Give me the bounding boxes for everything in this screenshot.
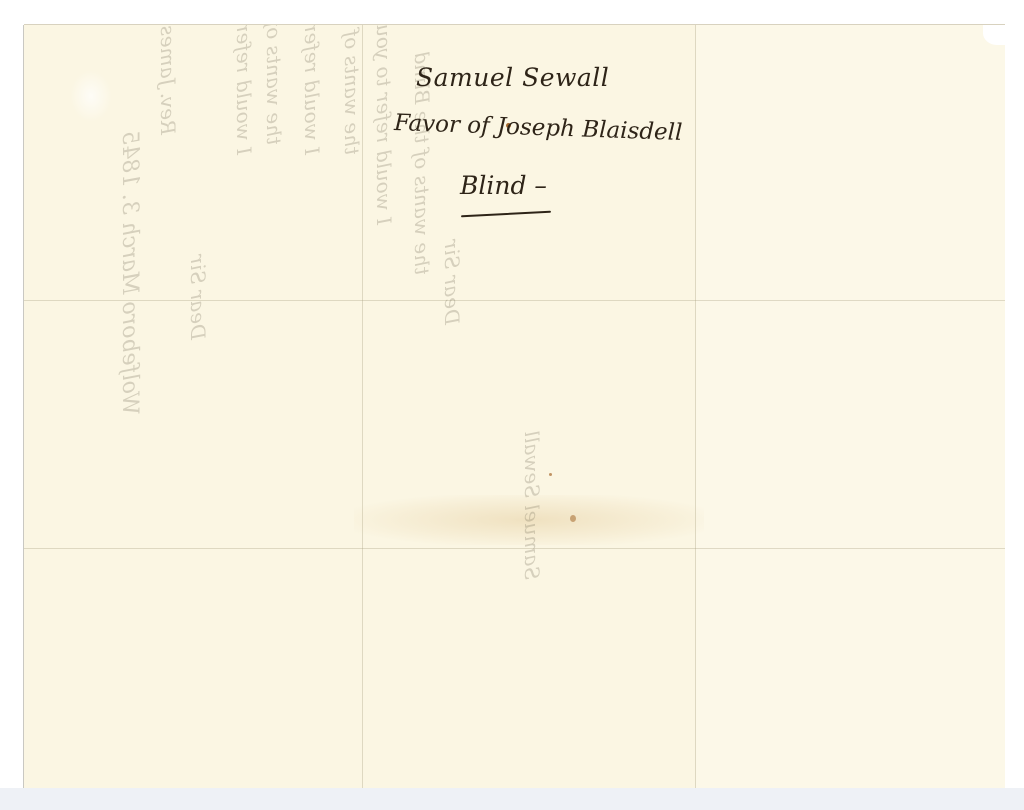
address-favor-line: Favor of Joseph Blaisdell: [394, 110, 683, 146]
ink-spot: [570, 515, 576, 522]
blank-panel: [696, 25, 1005, 788]
bleed-body-line: the wants of the Blind: [340, 25, 364, 155]
bleed-body-line: I would refer to you on behalf of: [372, 25, 396, 225]
address-name: Samuel Sewall: [416, 63, 609, 92]
bleed-signature: Samuel Sewall: [520, 431, 544, 580]
scan-background-strip: [0, 788, 1024, 810]
address-underline: [461, 211, 551, 218]
bleed-body-line: Dear Sir: [440, 240, 464, 325]
bleed-salutation: Rev. James C. Whitcomb: [156, 25, 180, 135]
embossed-seal-mark: [70, 70, 112, 122]
letter-sheet: Rev. James C. Whitcomb Dear Sir Wolfebor…: [24, 25, 1005, 788]
bleed-body-line: I would refer to you on behalf of: [232, 25, 256, 155]
horizontal-fold-bottom: [24, 548, 1005, 549]
ink-spot: [549, 473, 552, 476]
bleed-body-line: I would refer to you on behalf of: [300, 25, 324, 155]
address-blind-line: Blind –: [460, 171, 547, 200]
vertical-fold-right: [695, 25, 696, 788]
horizontal-fold-top: [24, 300, 1005, 301]
bleed-greeting: Dear Sir: [186, 255, 210, 340]
bleed-body-line: the wants of the Blind: [262, 25, 286, 145]
bleed-date-line: Wolfeboro March 3. 1845: [117, 131, 142, 415]
